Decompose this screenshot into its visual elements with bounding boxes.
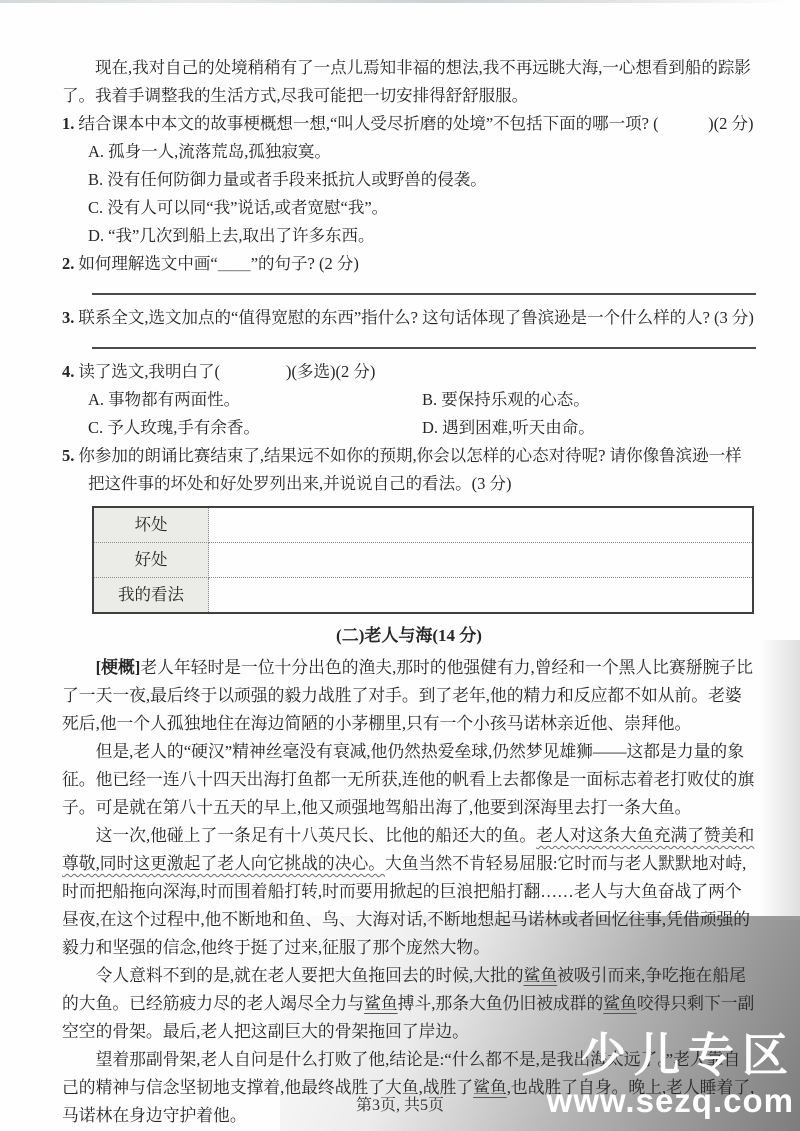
- question-1-options: A. 孤身一人,流落荒岛,孤独寂寞。 B. 没有任何防御力量或者手段来抵抗人或野…: [62, 138, 756, 250]
- intro-paragraph: 现在,我对自己的处境稍稍有了一点儿焉知非福的想法,我不再远眺大海,一心想看到船的…: [62, 54, 756, 110]
- page-number: 第3页, 共5页: [0, 1092, 800, 1115]
- answer-cell[interactable]: [209, 578, 754, 614]
- answer-line: [92, 293, 756, 295]
- answer-cell[interactable]: [209, 507, 754, 543]
- watermark-title: 少儿专区: [547, 1030, 796, 1081]
- option-b: B. 要保持乐观的心态。: [422, 386, 756, 414]
- option-d: D. “我”几次到船上去,取出了许多东西。: [62, 222, 756, 250]
- exam-page: 现在,我对自己的处境稍稍有了一点儿焉知非福的想法,我不再远眺大海,一心想看到船的…: [0, 0, 800, 1131]
- paragraph-text: 令人意料不到的是,就在老人要把大鱼拖回去的时候,大批的: [96, 966, 524, 985]
- emphasized-word-shark: 鲨鱼: [603, 994, 637, 1013]
- answer-cell[interactable]: [209, 543, 754, 578]
- question-3-text: 联系全文,选文加点的“值得宽慰的东西”指什么? 这句话体现了鲁滨逊是一个什么样的…: [78, 308, 754, 327]
- question-4-number: 4.: [62, 362, 74, 381]
- option-c: C. 没有人可以同“我”说话,或者宽慰“我”。: [62, 194, 756, 222]
- question-3: 3.联系全文,选文加点的“值得宽慰的东西”指什么? 这句话体现了鲁滨逊是一个什么…: [62, 304, 756, 332]
- option-d: D. 遇到困难,听天由命。: [422, 414, 756, 442]
- question-1-text: 结合课本中本文的故事梗概想一想,“叫人受尽折磨的处境”不包括下面的哪一项? ( …: [78, 114, 753, 133]
- question-2-number: 2.: [62, 254, 74, 273]
- answer-line: [92, 347, 756, 349]
- row-label-bad: 坏处: [93, 507, 209, 543]
- option-b: B. 没有任何防御力量或者手段来抵抗人或野兽的侵袭。: [62, 166, 756, 194]
- option-a: A. 事物都有两面性。: [88, 386, 422, 414]
- question-1-number: 1.: [62, 114, 74, 133]
- table-row: 坏处: [93, 507, 753, 543]
- row-label-good: 好处: [93, 543, 209, 578]
- option-a: A. 孤身一人,流落荒岛,孤独寂寞。: [62, 138, 756, 166]
- emphasized-word-shark: 鲨鱼: [524, 966, 558, 985]
- pros-cons-table: 坏处 好处 我的看法: [92, 506, 754, 614]
- table-row: 我的看法: [93, 578, 753, 614]
- question-5: 5.你参加的朗诵比赛结束了,结果远不如你的预期,你会以怎样的心态对待呢? 请你像…: [62, 442, 756, 498]
- body-paragraph-3: 这一次,他碰上了一条足有十八英尺长、比他的船还大的鱼。老人对这条大鱼充满了赞美和…: [62, 822, 756, 962]
- table-row: 好处: [93, 543, 753, 578]
- question-5-text: 你参加的朗诵比赛结束了,结果远不如你的预期,你会以怎样的心态对待呢? 请你像鲁滨…: [78, 446, 741, 493]
- page-content: 现在,我对自己的处境稍稍有了一点儿焉知非福的想法,我不再远眺大海,一心想看到船的…: [0, 0, 800, 1130]
- option-c: C. 予人玫瑰,手有余香。: [88, 414, 422, 442]
- summary-paragraph: [梗概]老人年轻时是一位十分出色的渔夫,那时的他强健有力,曾经和一个黑人比赛掰腕…: [62, 654, 756, 738]
- question-2: 2.如何理解选文中画“＿＿”的句子? (2 分): [62, 250, 756, 278]
- question-4-options: A. 事物都有两面性。 B. 要保持乐观的心态。 C. 予人玫瑰,手有余香。 D…: [62, 386, 756, 442]
- summary-text: 老人年轻时是一位十分出色的渔夫,那时的他强健有力,曾经和一个黑人比赛掰腕子比了一…: [62, 658, 753, 733]
- body-paragraph-2: 但是,老人的“硬汉”精神丝毫没有衰减,他仍然热爱垒球,仍然梦见雄狮——这都是力量…: [62, 738, 756, 822]
- question-4-text: 读了选文,我明白了( )(多选)(2 分): [78, 362, 375, 381]
- question-1: 1.结合课本中本文的故事梗概想一想,“叫人受尽折磨的处境”不包括下面的哪一项? …: [62, 110, 756, 138]
- paragraph-text: 搏斗,那条大鱼仍旧被成群的: [398, 994, 604, 1013]
- question-2-text: 如何理解选文中画“＿＿”的句子? (2 分): [78, 254, 358, 273]
- summary-label: [梗概]: [96, 658, 141, 677]
- question-5-number: 5.: [62, 446, 74, 465]
- emphasized-word-shark: 鲨鱼: [364, 994, 398, 1013]
- question-4: 4.读了选文,我明白了( )(多选)(2 分): [62, 358, 756, 386]
- section-2-title: (二)老人与海(14 分): [62, 622, 756, 650]
- question-3-number: 3.: [62, 308, 74, 327]
- paragraph-text: 这一次,他碰上了一条足有十八英尺长、比他的船还大的鱼。: [96, 826, 537, 845]
- row-label-opinion: 我的看法: [93, 578, 209, 614]
